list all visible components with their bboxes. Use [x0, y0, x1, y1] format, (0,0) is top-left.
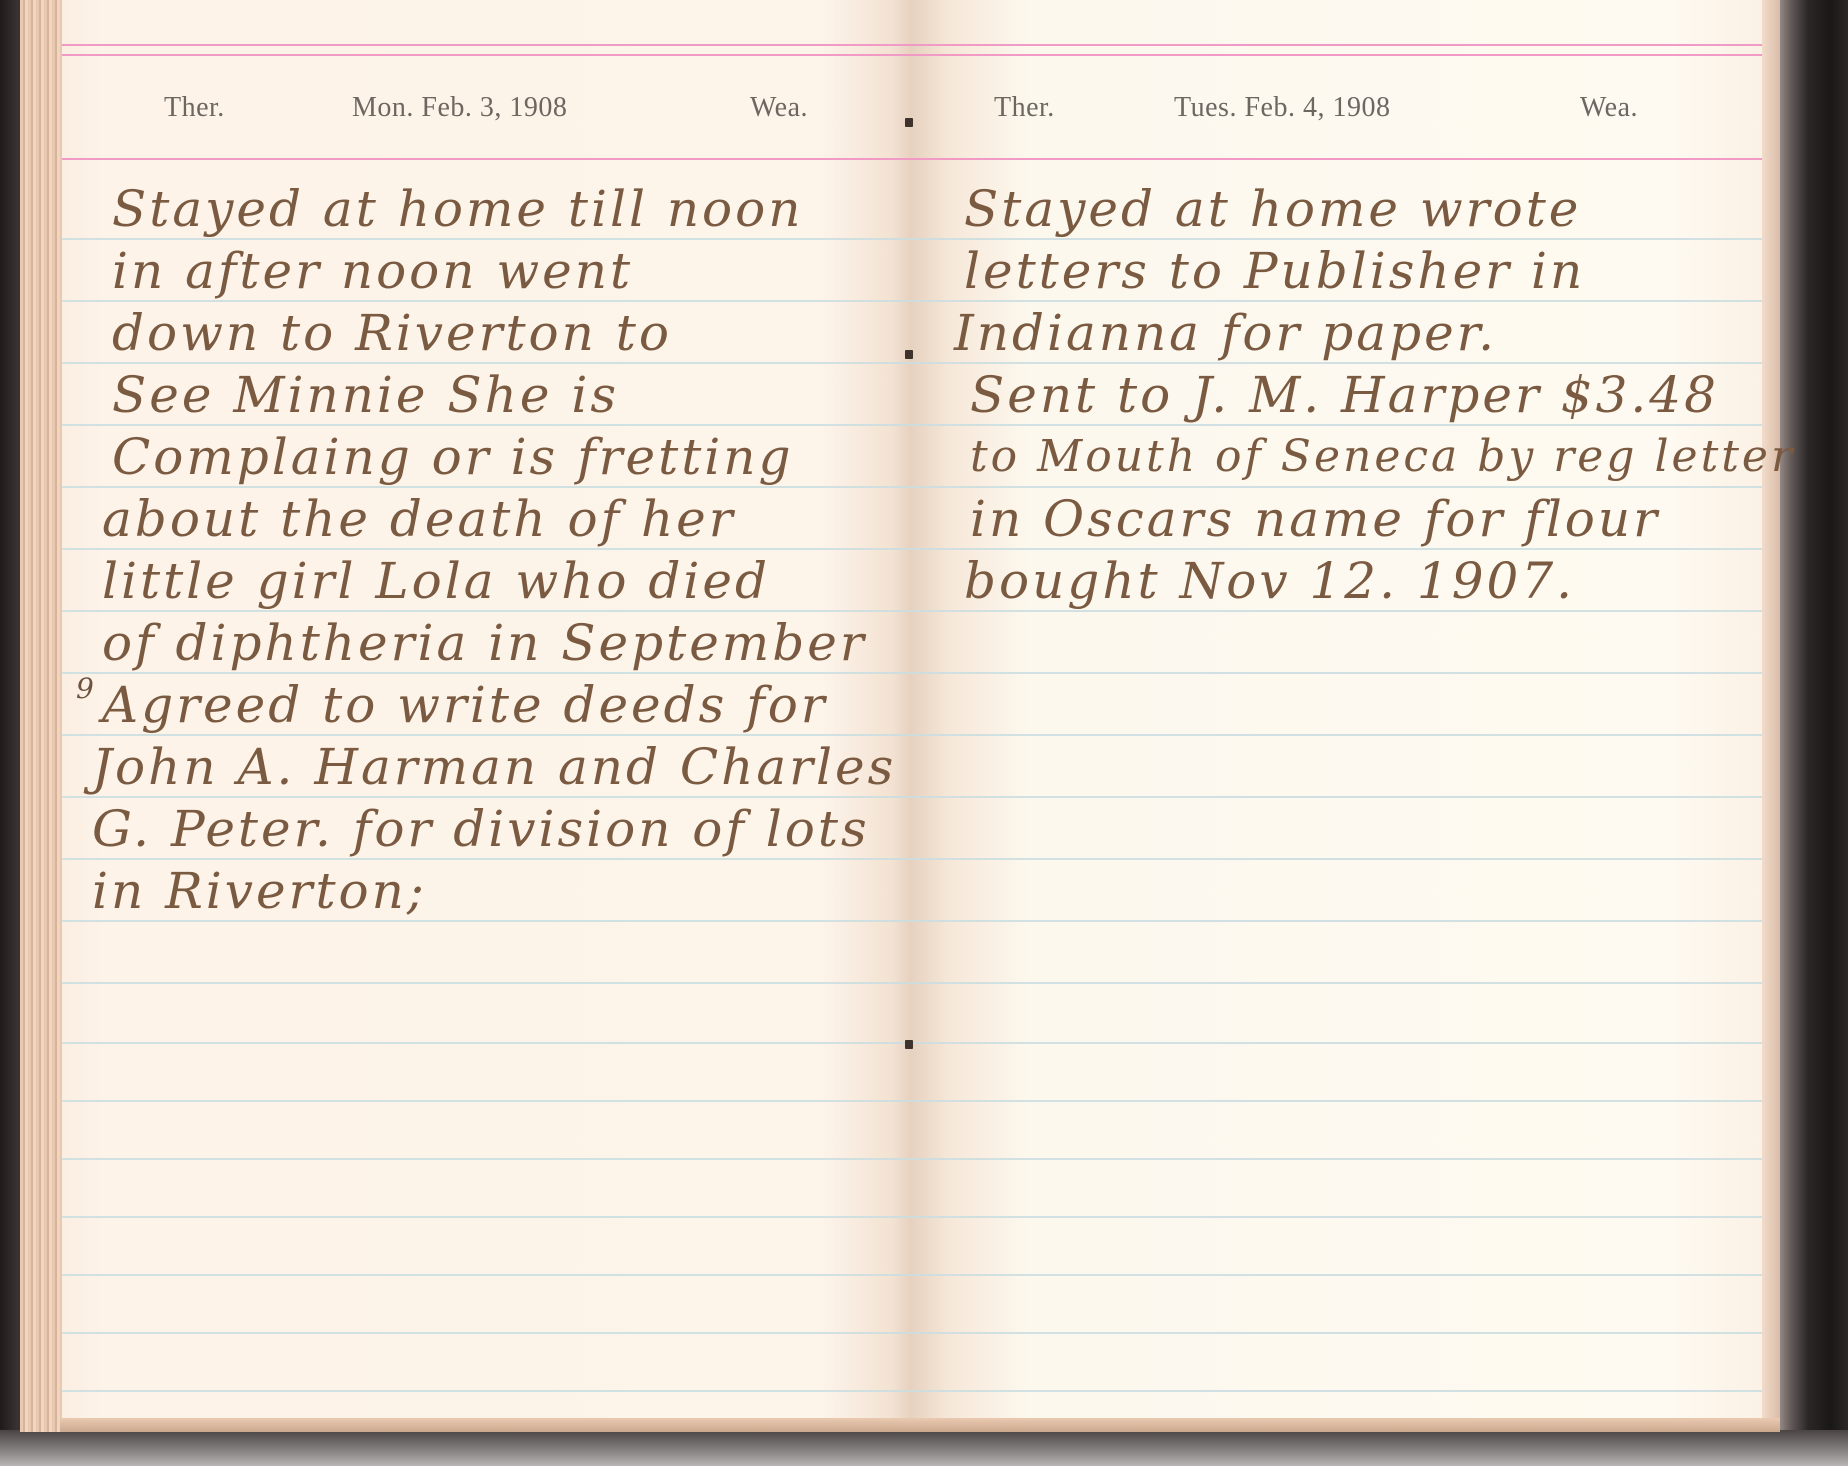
ruled-line [62, 1158, 910, 1160]
header-rule-bottom [910, 158, 1762, 160]
entry-line: down to Riverton to [112, 302, 672, 364]
ruled-line [62, 1042, 910, 1044]
thermometer-label: Ther. [164, 92, 225, 124]
entry-line: little girl Lola who died [102, 550, 770, 612]
entry-line: in after noon went [112, 240, 633, 302]
binding-stitch [905, 350, 913, 359]
ruled-line [62, 1216, 910, 1218]
ruled-line [62, 1100, 910, 1102]
ruled-line [62, 1274, 910, 1276]
entry-line: about the death of her [102, 488, 736, 550]
entry-line: Stayed at home till noon [112, 178, 803, 240]
header-rule-top [910, 44, 1762, 46]
book-cover-bottom [0, 1430, 1848, 1466]
header-rule-top-2 [910, 54, 1762, 56]
book-spine-right [1778, 0, 1848, 1465]
ruled-line [910, 796, 1762, 798]
ruled-line [910, 1100, 1762, 1102]
ruled-line [910, 1042, 1762, 1044]
header-rule-top [62, 44, 910, 46]
thermometer-label: Ther. [994, 92, 1055, 124]
ruled-line [910, 858, 1762, 860]
left-page: Ther. Mon. Feb. 3, 1908 Wea. Stayed at h… [62, 0, 910, 1418]
entry-line: Sent to J. M. Harper $3.48 [970, 364, 1719, 426]
entry-line: John A. Harman and Charles [92, 736, 896, 798]
entry-line: G. Peter. for division of lots [92, 798, 870, 860]
ruled-line [910, 1332, 1762, 1334]
ruled-line [910, 1274, 1762, 1276]
ruled-line [62, 982, 910, 984]
ruled-line [910, 982, 1762, 984]
ruled-line [910, 1390, 1762, 1392]
ruled-line [62, 1332, 910, 1334]
entry-line: in Oscars name for flour [970, 488, 1660, 550]
entry-line: in Riverton; [92, 860, 427, 922]
date-heading: Mon. Feb. 3, 1908 [352, 92, 567, 124]
entry-line: Indianna for paper. [954, 302, 1497, 364]
page-edges-bottom [60, 1418, 1780, 1432]
entry-line: letters to Publisher in [964, 240, 1585, 302]
entry-line: Stayed at home wrote [964, 178, 1581, 240]
header-rule-bottom [62, 158, 910, 160]
ruled-line [910, 1216, 1762, 1218]
ruled-line [910, 672, 1762, 674]
entry-line: See Minnie She is [112, 364, 619, 426]
ruled-line [910, 734, 1762, 736]
binding-stitch [905, 1040, 913, 1049]
date-heading: Tues. Feb. 4, 1908 [1174, 92, 1390, 124]
right-page: Ther. Tues. Feb. 4, 1908 Wea. Stayed at … [910, 0, 1762, 1418]
margin-mark: 9 [76, 672, 94, 705]
page-edges-left [20, 0, 63, 1432]
binding-stitch [905, 118, 913, 127]
weather-label: Wea. [1580, 92, 1638, 124]
page-edges-right [1762, 0, 1780, 1432]
entry-line: of diphtheria in September [102, 612, 867, 674]
ruled-line [910, 920, 1762, 922]
entry-line: Agreed to write deeds for [102, 674, 828, 736]
entry-line: Complaing or is fretting [112, 426, 794, 488]
ruled-line [910, 1158, 1762, 1160]
entry-line: bought Nov 12. 1907. [964, 550, 1575, 612]
weather-label: Wea. [750, 92, 808, 124]
entry-line: to Mouth of Seneca by reg letter [970, 426, 1795, 488]
ruled-line [62, 1390, 910, 1392]
header-rule-top-2 [62, 54, 910, 56]
